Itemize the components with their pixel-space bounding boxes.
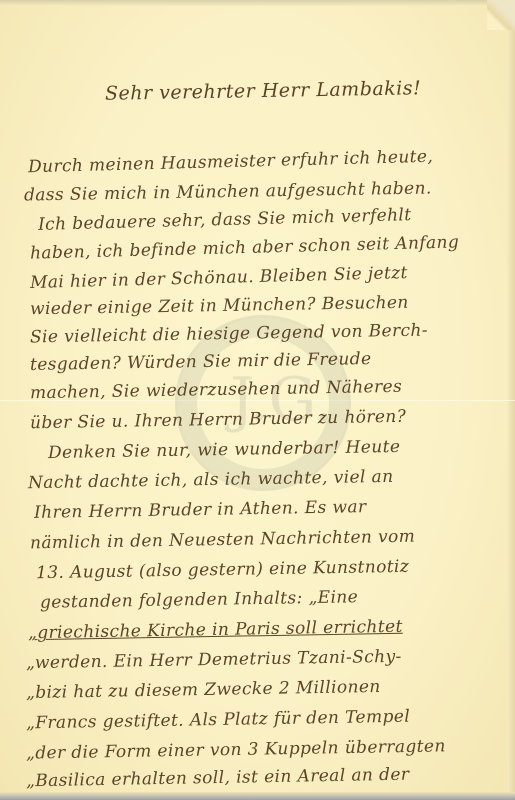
paper-bottom-edge	[0, 792, 515, 800]
letter-line: nämlich in den Neuesten Nachrichten vom	[30, 527, 416, 554]
letter-line-quoted: „Francs gestiftet. Als Platz für den Tem…	[26, 707, 410, 734]
letter-line: Ich bedauere sehr, dass Sie mich verfehl…	[38, 205, 412, 235]
letter-page: J.G. Sehr verehrter Herr Lambakis! Durch…	[0, 0, 515, 800]
letter-line: 13. August (also gestern) eine Kunstnoti…	[36, 557, 409, 584]
letter-line: über Sie u. Ihren Herrn Bruder zu hören?	[30, 407, 407, 434]
letter-line-quoted: „bizi hat zu diesem Zwecke 2 Millionen	[26, 677, 381, 703]
letter-line: gestanden folgenden Inhalts: „Eine	[40, 587, 358, 613]
letter-line: haben, ich befinde mich aber schon seit …	[30, 232, 460, 263]
letter-line: Nacht dachte ich, als ich wachte, viel a…	[28, 467, 394, 493]
letter-line: Sie vielleicht die hiesige Gegend von Be…	[30, 321, 428, 348]
letter-line-quoted: „der die Form einer von 3 Kuppeln überra…	[26, 736, 446, 763]
letter-line-quoted: „Basilica erhalten soll, ist ein Areal a…	[26, 765, 410, 792]
letter-line: Mai hier in der Schönau. Bleiben Sie jet…	[30, 263, 408, 293]
letter-line-quoted: „werden. Ein Herr Demetrius Tzani-Schy-	[26, 647, 402, 674]
letter-line: wieder einige Zeit in München? Besuchen	[30, 293, 409, 320]
letter-line: dass Sie mich in München aufgesucht habe…	[24, 178, 432, 205]
letter-line-quoted-underlined: „griechische Kirche in Paris soll errich…	[28, 617, 403, 644]
letter-line: Denken Sie nur, wie wunderbar! Heute	[48, 437, 401, 463]
paper-corner-fold	[487, 0, 515, 30]
letter-line: Durch meinen Hausmeister erfuhr ich heut…	[28, 147, 434, 178]
letter-salutation: Sehr verehrter Herr Lambakis!	[105, 77, 422, 105]
letter-line: Ihren Herrn Bruder in Athen. Es war	[34, 497, 367, 523]
paper-top-edge	[0, 0, 515, 6]
